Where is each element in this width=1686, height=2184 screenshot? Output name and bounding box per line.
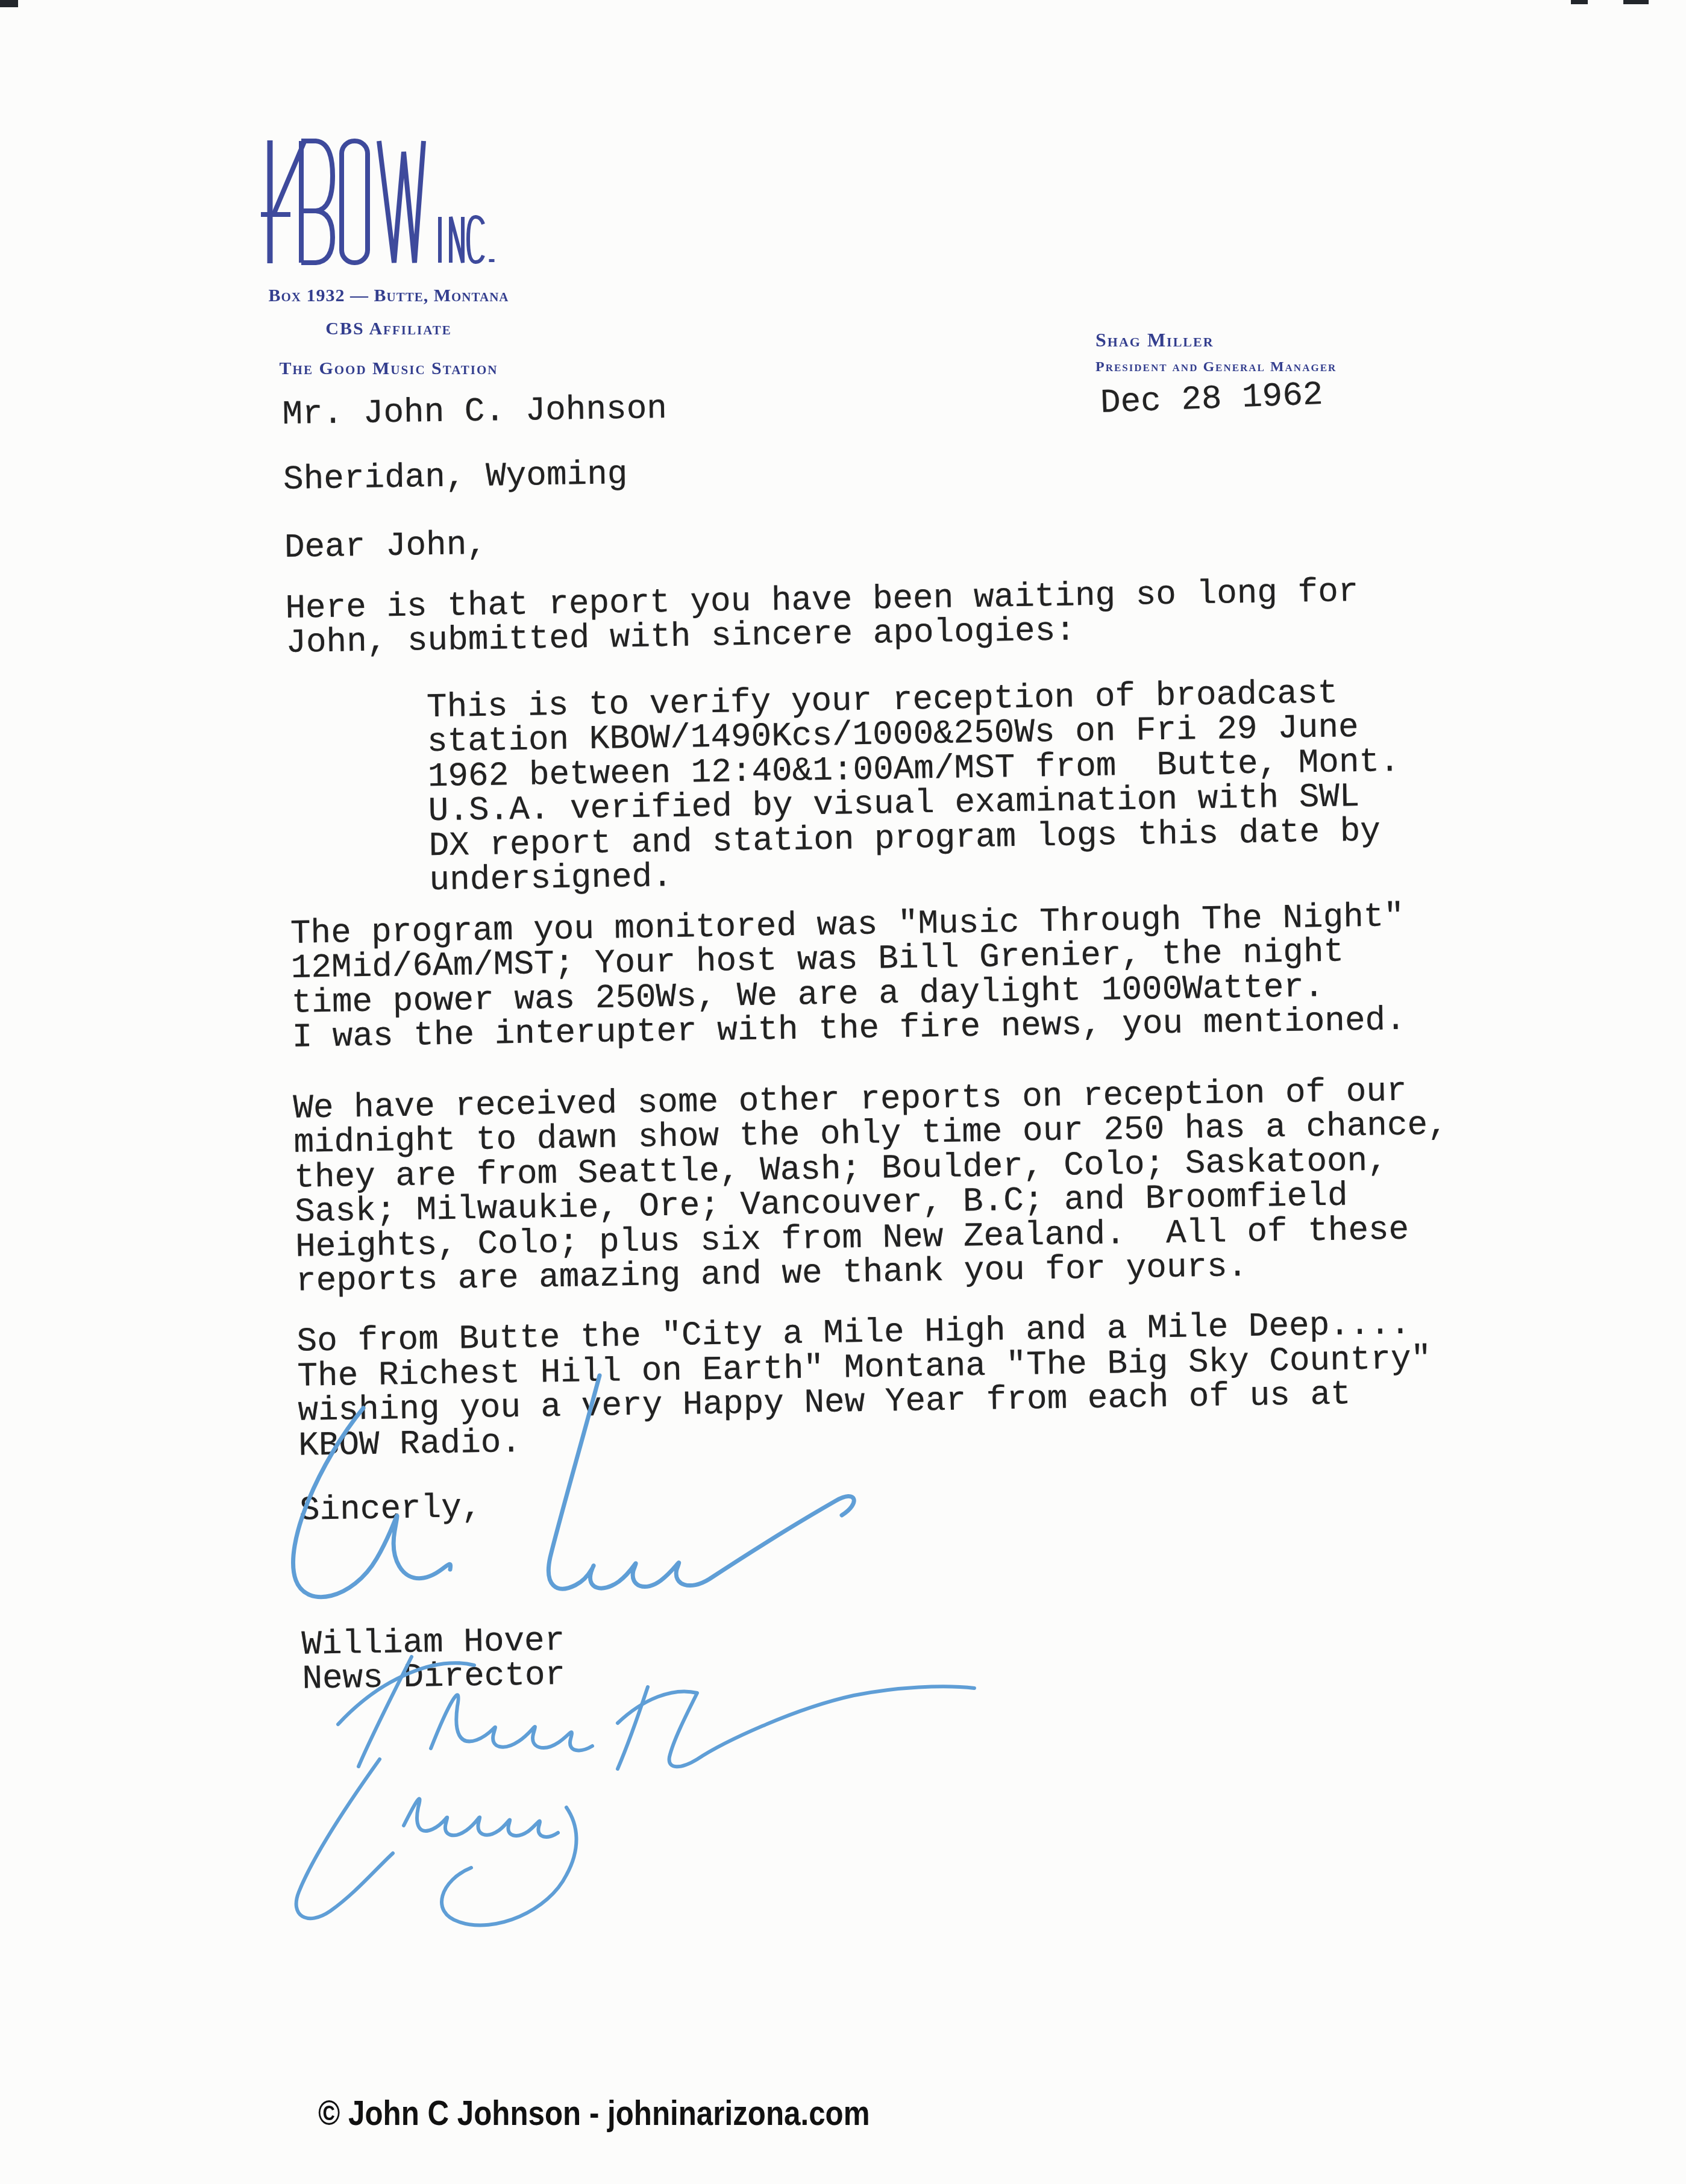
letterhead-affiliate: CBS Affiliate bbox=[259, 320, 518, 338]
letterhead-address: Box 1932 — Butte, Montana bbox=[259, 287, 518, 305]
para-verify-line: undersigned. bbox=[429, 860, 672, 897]
signature-squiggle bbox=[262, 1371, 865, 1624]
footer-credit: © John C Johnson - johninarizona.com bbox=[318, 2093, 870, 2133]
recipient-city: Sheridan, Wyoming bbox=[283, 457, 628, 496]
handwritten-listening bbox=[265, 1735, 639, 1934]
recipient-name: Mr. John C. Johnson bbox=[282, 392, 667, 431]
officer-name: Shag Miller bbox=[1095, 330, 1214, 349]
scanned-letter-page: Box 1932 — Butte, Montana CBS Affiliate … bbox=[0, 0, 1686, 2184]
salutation: Dear John, bbox=[284, 528, 487, 565]
officer-title: President and General Manager bbox=[1095, 360, 1337, 374]
scan-speck bbox=[0, 0, 18, 7]
scan-speck bbox=[1571, 0, 1588, 4]
kbow-logo bbox=[259, 139, 495, 266]
scan-speck bbox=[1623, 0, 1649, 4]
letterhead-slogan: The Good Music Station bbox=[259, 360, 518, 378]
